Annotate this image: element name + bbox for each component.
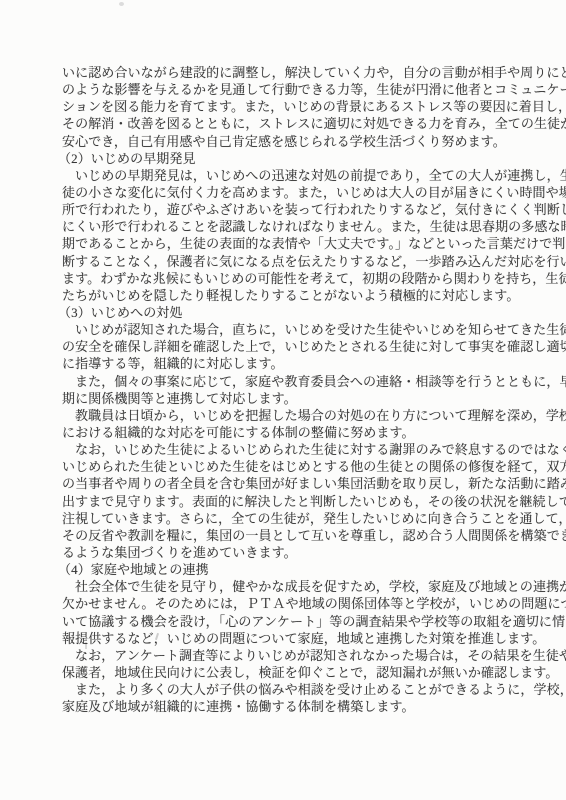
document-text-block: いに認め合いながら建設的に調整し，解決していく力や，自分の言動が相手や周りにどの… xyxy=(58,64,524,715)
text-line: いに認め合いながら建設的に調整し，解決していく力や，自分の言動が相手や周りにど xyxy=(58,64,524,81)
text-line: いじめの早期発見は，いじめへの迅速な対処の前提であり，全ての大人が連携し，生 xyxy=(58,167,524,184)
scan-speck xyxy=(119,2,124,6)
text-line: たちがいじめを隠したり軽視したりすることがないよう積極的に対応します。 xyxy=(58,287,524,304)
text-line: 期であることから，生徒の表面的な表情や「大丈夫です。」などといった言葉だけで判 xyxy=(58,235,524,252)
text-line: るような集団づくりを進めていきます。 xyxy=(58,544,524,561)
scanned-page: いに認め合いながら建設的に調整し，解決していく力や，自分の言動が相手や周りにどの… xyxy=(0,0,566,800)
text-line: 注視していきます。さらに，全ての生徒が，発生したいじめに向き合うことを通して， xyxy=(58,510,524,527)
text-line: なお，アンケート調査等によりいじめが認知されなかった場合は，その結果を生徒や xyxy=(58,647,524,664)
text-line: 社会全体で生徒を見守り，健やかな成長を促すため，学校，家庭及び地域との連携が xyxy=(58,578,524,595)
text-line: 期に関係機関等と連携して対応します。 xyxy=(58,390,524,407)
text-line: 家庭及び地域が組織的に連携・協働する体制を構築します。 xyxy=(58,698,524,715)
text-line: いじめが認知された場合，直ちに，いじめを受けた生徒やいじめを知らせてきた生徒 xyxy=(58,321,524,338)
text-line: 出すまで見守ります。表面的に解決したと判断したいじめも，その後の状況を継続して xyxy=(58,493,524,510)
text-line: なお，いじめた生徒によるいじめられた生徒に対する謝罪のみで終息するのではなく， xyxy=(58,441,524,458)
text-line: その反省や教訓を糧に，集団の一員として互いを尊重し，認め合う人間関係を構築でき xyxy=(58,527,524,544)
text-line: 徒の小さな変化に気付く力を高めます。また，いじめは大人の目が届きにくい時間や場 xyxy=(58,184,524,201)
text-line: いて協議する機会を設け，「心のアンケート」等の調査結果や学校等の取組を適切に情 xyxy=(58,613,524,630)
text-line: 欠かせません。そのためには，ＰＴＡや地域の関係団体等と学校が，いじめの問題につ xyxy=(58,595,524,612)
text-line: にくい形で行われることを認識しなければなりません。また，生徒は思春期の多感な時 xyxy=(58,218,524,235)
text-line: ションを図る能力を育てます。また，いじめの背景にあるストレス等の要因に着目し， xyxy=(58,98,524,115)
text-line: に指導する等，組織的に対応します。 xyxy=(58,355,524,372)
text-line: のような影響を与えるかを見通して行動できる力等，生徒が円滑に他者とコミュニケー xyxy=(58,81,524,98)
text-line: 報提供するなど，いじめの問題について家庭，地域と連携した対策を推進します。 xyxy=(58,630,524,647)
text-line: （2）いじめの早期発見 xyxy=(58,150,524,167)
text-line: いじめられた生徒といじめた生徒をはじめとする他の生徒との関係の修復を経て，双方 xyxy=(58,458,524,475)
text-line: その解消・改善を図るとともに，ストレスに適切に対処できる力を育み，全ての生徒が xyxy=(58,115,524,132)
text-line: 安心でき，自己有用感や自己肯定感を感じられる学校生活づくり努めます。 xyxy=(58,133,524,150)
text-line: の安全を確保し詳細を確認した上で，いじめたとされる生徒に対して事実を確認し適切 xyxy=(58,338,524,355)
text-line: ます。わずかな兆候にもいじめの可能性を考えて，初期の段階から関わりを持ち，生徒 xyxy=(58,270,524,287)
text-line: の当事者や周りの者全員を含む集団が好ましい集団活動を取り戻し，新たな活動に踏み xyxy=(58,475,524,492)
text-line: 保護者，地域住民向けに公表し，検証を仰ぐことで，認知漏れが無いか確認します。 xyxy=(58,664,524,681)
text-line: 所で行われたり，遊びやふざけあいを装って行われたりするなど，気付きにくく判断し xyxy=(58,201,524,218)
text-line: における組織的な対応を可能にする体制の整備に努めます。 xyxy=(58,424,524,441)
text-line: 断することなく，保護者に気になる点を伝えたりするなど，一歩踏み込んだ対応を行い xyxy=(58,253,524,270)
text-line: （3）いじめへの対処 xyxy=(58,304,524,321)
text-line: また，個々の事案に応じて，家庭や教育委員会への連絡・相談等を行うとともに，早 xyxy=(58,373,524,390)
text-line: 教職員は日頃から，いじめを把握した場合の対処の在り方について理解を深め，学校 xyxy=(58,407,524,424)
text-line: また，より多くの大人が子供の悩みや相談を受け止めることができるように，学校， xyxy=(58,681,524,698)
text-line: （4）家庭や地域との連携 xyxy=(58,561,524,578)
